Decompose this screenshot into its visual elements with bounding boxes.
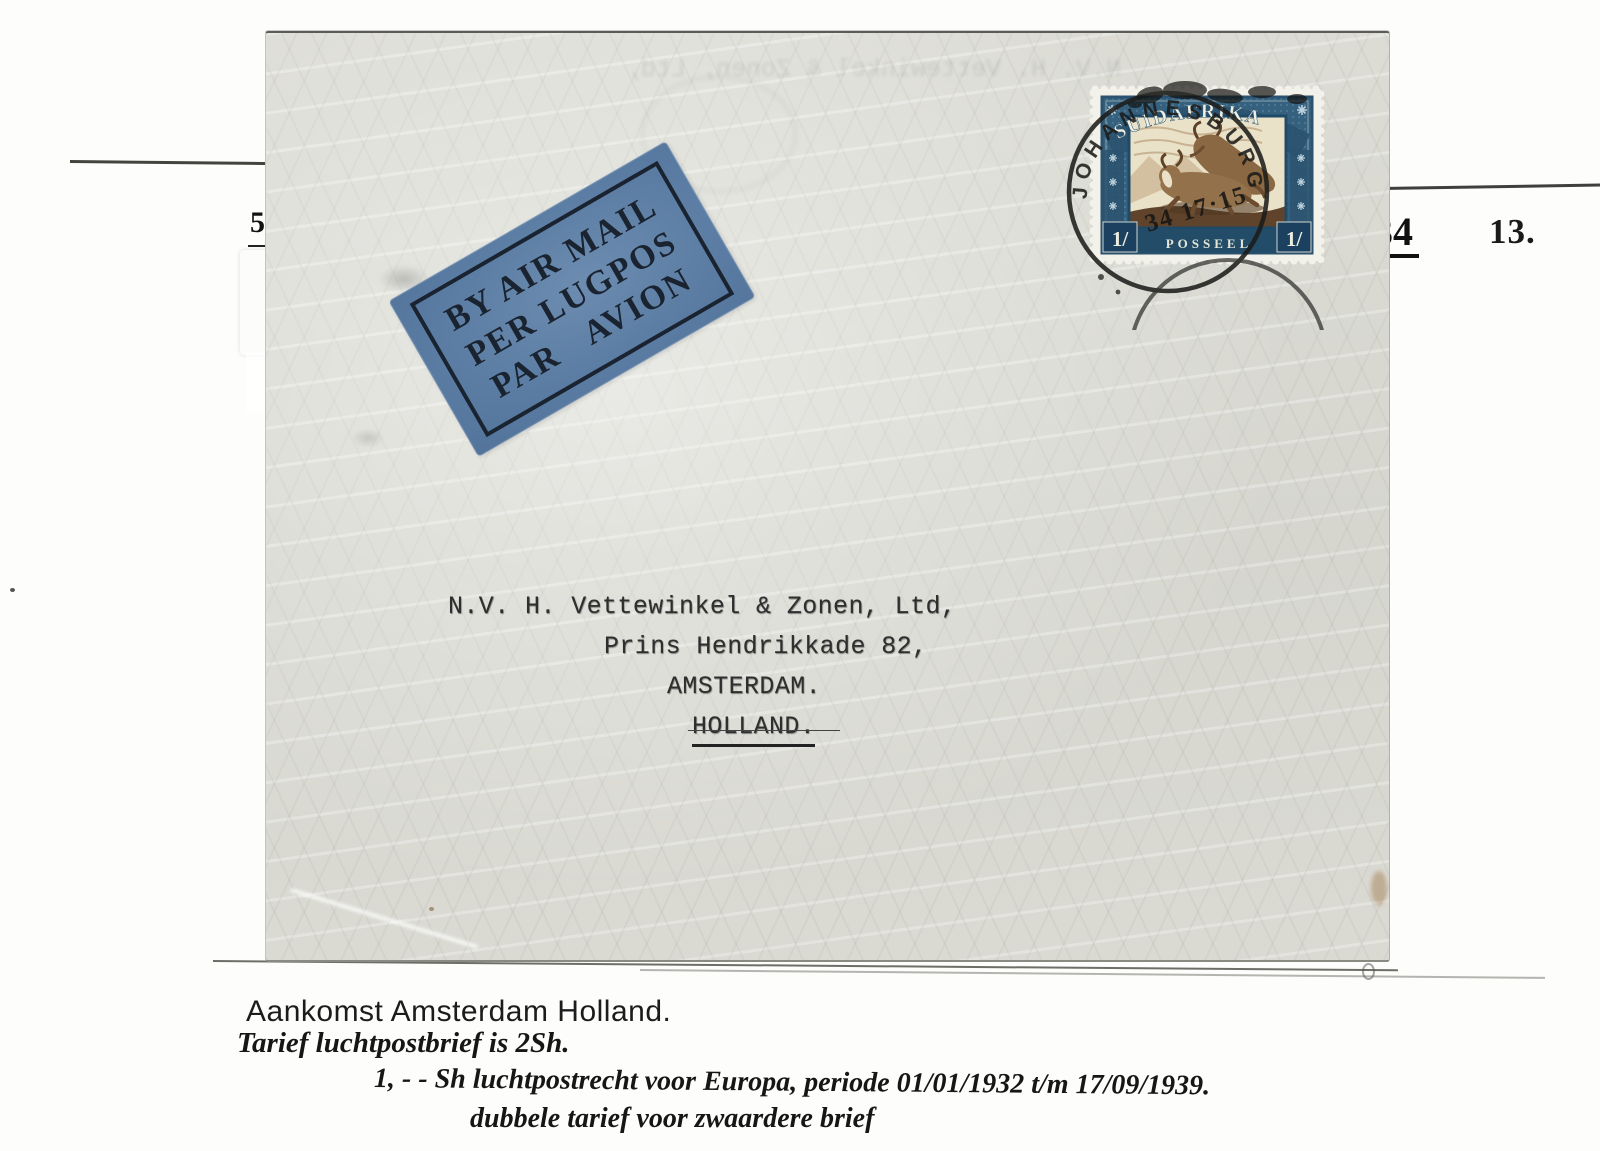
address-line-1: N.V. H. Vettewinkel & Zonen, Ltd,: [448, 592, 956, 621]
page-speck: [10, 588, 15, 592]
address-underline-tail: [688, 730, 840, 731]
caption-arrival: Aankomst Amsterdam Holland.: [246, 995, 671, 1029]
caption-rate-period: 1, - - Sh luchtpostrecht voor Europa, pe…: [374, 1063, 1210, 1102]
stamp-bottom-text: POSSEEL: [1166, 236, 1253, 251]
address-line-3: AMSTERDAM.: [667, 672, 821, 701]
brown-speck: [429, 907, 434, 911]
rust-stain: [1371, 871, 1387, 905]
caption-double-rate: dubbele tarief voor zwaardere brief: [470, 1103, 874, 1135]
album-rule-line-left: [70, 160, 270, 165]
envelope-crease: [290, 888, 478, 949]
stamp-value-left: 1/: [1112, 227, 1130, 251]
album-rule-line-right: [1380, 184, 1600, 190]
album-page-number: 13.: [1489, 214, 1536, 249]
envelope-bottom-shadow-line-faint: [640, 969, 1545, 979]
pencil-mark: [1362, 963, 1375, 980]
partially-hidden-glyph: 5: [250, 208, 265, 238]
gray-smudge-small: [351, 428, 385, 448]
show-through-text: N.V. H. Vettewinkel & Zonen, Ltd,: [541, 55, 1121, 84]
stamp-value-right: 1/: [1286, 227, 1304, 251]
address-line-2: Prins Hendrikkade 82,: [604, 632, 927, 661]
stamp-and-postmark: 1/ 1/ POSSEEL SUIDAFRIKA JOHANNESBURG 34…: [1040, 60, 1400, 330]
caption-rate: Tarief luchtpostbrief is 2Sh.: [237, 1027, 569, 1060]
